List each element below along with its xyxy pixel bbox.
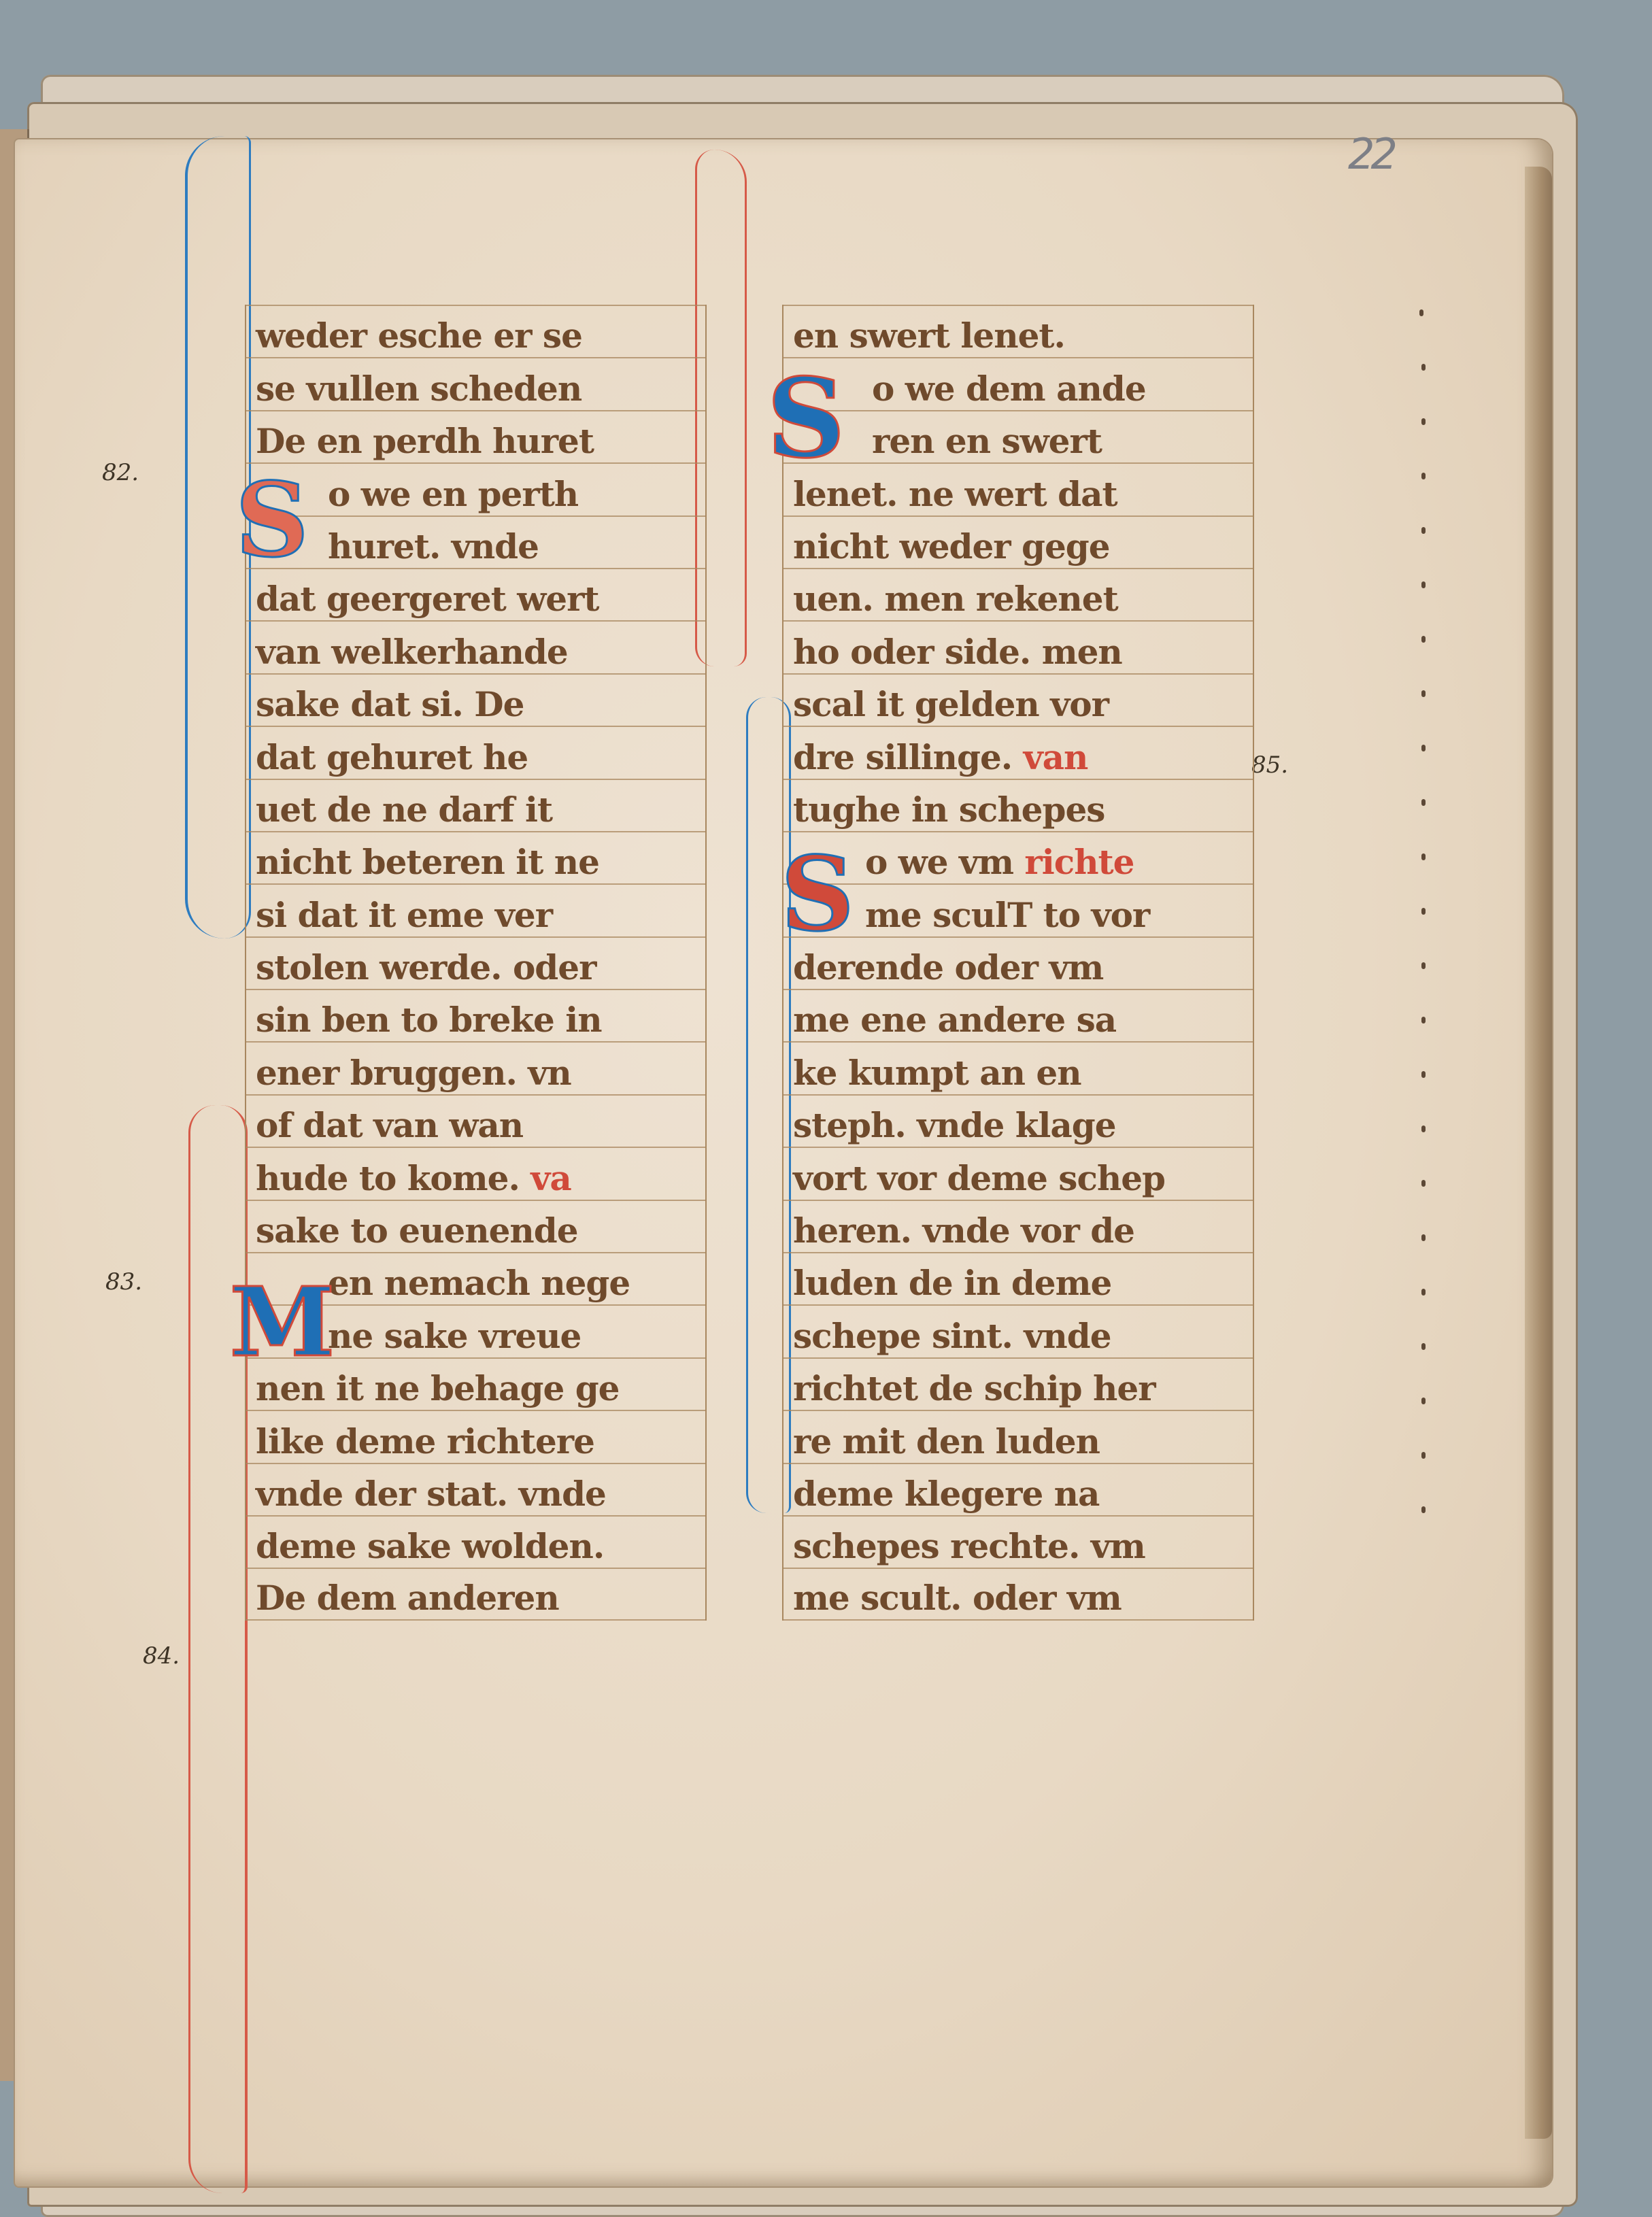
pricking-hole [1421,1180,1426,1187]
pricking-hole [1421,1234,1426,1241]
text-line: sin ben to breke in [246,989,705,1041]
text-line: uet de ne darf it [246,779,705,831]
text-line: van welkerhande [246,620,705,673]
text-column-left: weder esche er se se vullen scheden De e… [245,305,707,1621]
margin-note-84: 84. [143,1642,180,1670]
pricking-hole [1421,1017,1426,1023]
pricking-hole [1421,908,1426,915]
margin-note-83: 83. [105,1268,142,1296]
margin-note-82: 82. [102,459,139,486]
text-line: stolen werde. oder [246,936,705,989]
pricking-hole [1421,636,1426,643]
text-line: uen. men rekenet [783,568,1253,620]
text-line: dre sillinge. van [783,726,1253,778]
decorated-initial-s-red-lower: S [780,840,855,949]
pricking-hole [1421,1289,1426,1296]
text-line: sake dat si. De [246,673,705,726]
text-column-right: en swert lenet. o we dem ande ren en swe… [782,305,1254,1621]
pricking-hole [1421,418,1426,425]
pricking-hole [1421,1398,1426,1404]
margin-note-85: 85. [1251,751,1288,779]
decorated-initial-s-red: S [231,466,313,575]
text-line: schepes rechte. vm [783,1515,1253,1568]
pricking-hole [1421,690,1426,697]
text-line: scal it gelden vor [783,673,1253,726]
text-line: weder esche er se [246,305,705,357]
text-line: schepe sint. vnde [783,1304,1253,1357]
decorated-initial-m-blue: M [231,1272,333,1374]
text-line: ho oder side. men [783,620,1253,673]
text-line: deme sake wolden. [246,1515,705,1568]
pricking-hole [1421,581,1426,588]
manuscript-page: 22 82. 83. 84. 85. weder esche er se se … [15,139,1552,2186]
pricking-hole [1421,473,1426,479]
text-block-edge [1525,167,1552,2139]
text-line: like deme richtere [246,1410,705,1462]
pricking-hole [1419,309,1423,316]
text-line: me ene andere sa [783,989,1253,1041]
text-line: nicht weder gege [783,515,1253,568]
text-line: me scult. oder vm [783,1568,1253,1620]
text-line: vort vor deme schep [783,1147,1253,1199]
text-line: nicht beteren it ne [246,831,705,883]
pricking-hole [1421,853,1426,860]
pricking-hole [1421,527,1426,534]
text-line: o we en perth [246,462,705,515]
rubric-line: De dem anderen [246,1568,705,1620]
text-line: ren en swert [783,410,1253,462]
text-line: ke kumpt an en [783,1041,1253,1094]
pricking-hole [1421,1506,1426,1513]
text-line: re mit den luden [783,1410,1253,1462]
rubric-line: sake to euenende [246,1200,705,1252]
text-line: steph. vnde klage [783,1094,1253,1147]
text-line: ener bruggen. vn [246,1041,705,1094]
text-line: se vullen scheden [246,357,705,409]
text-line: deme klegere na [783,1463,1253,1515]
text-line: dat geergeret wert [246,568,705,620]
pricking-hole [1421,745,1426,751]
text-line: lenet. ne wert dat [783,462,1253,515]
text-line: of dat van wan [246,1094,705,1147]
text-line: vnde der stat. vnde [246,1463,705,1515]
text-line: dat gehuret he [246,726,705,778]
folio-number: 22 [1348,129,1394,179]
text-line: o we dem ande [783,357,1253,409]
rubric-line: en swert lenet. [783,305,1253,357]
rubric-line: tughe in schepes [783,779,1253,831]
pricking-hole [1421,1071,1426,1078]
text-line: huret. vnde [246,515,705,568]
pricking-hole [1421,962,1426,969]
decorated-initial-s-blue: S [769,360,843,476]
pricking-hole [1421,1452,1426,1459]
rubric-line: De en perdh huret [246,410,705,462]
text-line: hude to kome. va [246,1147,705,1199]
text-line: richtet de schip her [783,1357,1253,1410]
pricking-hole [1421,364,1426,371]
text-line: luden de in deme [783,1252,1253,1304]
pricking-hole [1421,1343,1426,1350]
text-line: si dat it eme ver [246,883,705,936]
pricking-hole [1421,1126,1426,1132]
text-line: heren. vnde vor de [783,1200,1253,1252]
pricking-hole [1421,799,1426,806]
